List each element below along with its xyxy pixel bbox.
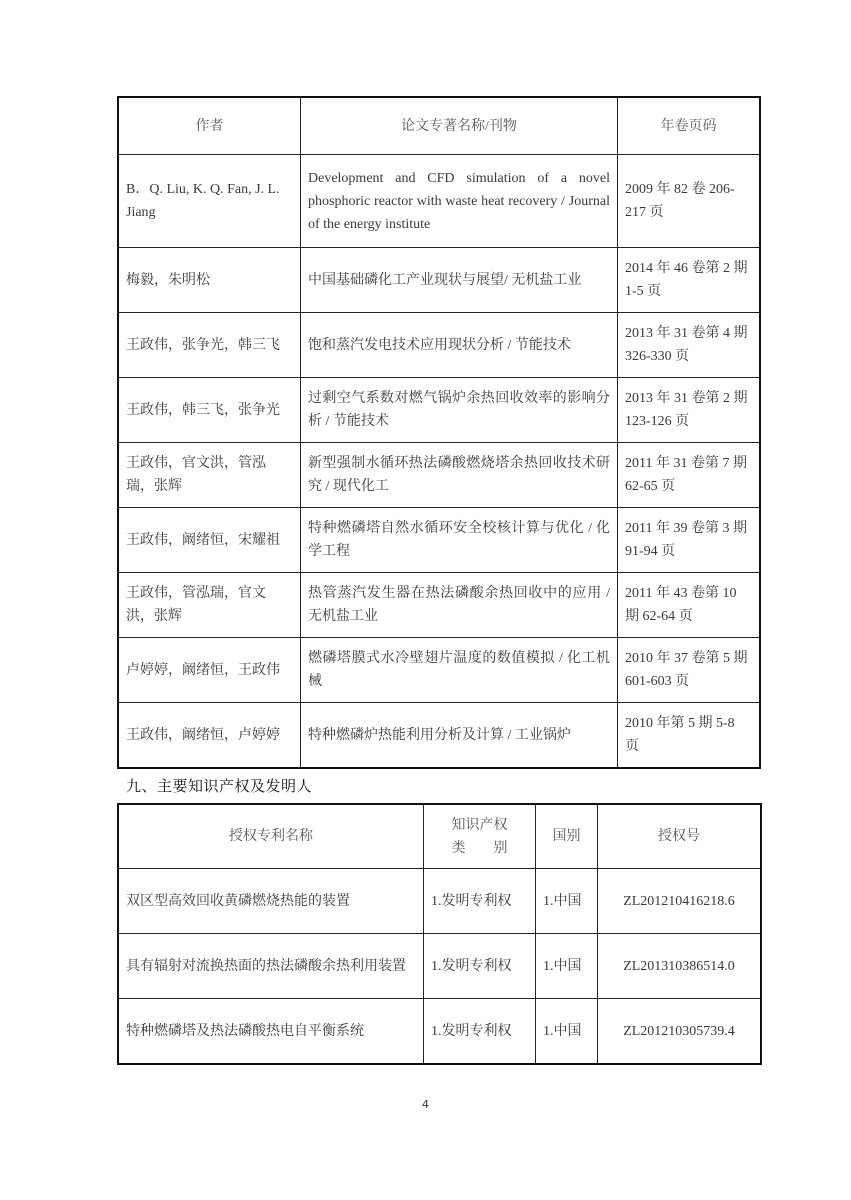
cell-ip-type: 1.发明专利权	[424, 869, 536, 934]
cell-author: 卢婷婷，阚绪恒，王政伟	[118, 638, 301, 703]
cell-volume: 2010 年 37 卷第 5 期 601-603 页	[618, 638, 761, 703]
cell-author: 王政伟，阚绪恒，卢婷婷	[118, 703, 301, 769]
table-row: 卢婷婷，阚绪恒，王政伟 燃磷塔膜式水冷壁翅片温度的数值模拟 / 化工机械 201…	[118, 638, 760, 703]
cell-author: 王政伟，韩三飞，张争光	[118, 378, 301, 443]
table-row: 王政伟，阚绪恒，宋耀祖 特种燃磷塔自然水循环安全校核计算与优化 / 化学工程 2…	[118, 508, 760, 573]
cell-author: 王政伟，阚绪恒，宋耀祖	[118, 508, 301, 573]
cell-title: 饱和蒸汽发电技术应用现状分析 / 节能技术	[301, 313, 618, 378]
cell-title: Development and CFD simulation of a nove…	[301, 155, 618, 248]
table-row: 特种燃磷塔及热法磷酸热电自平衡系统 1.发明专利权 1.中国 ZL2012103…	[118, 999, 761, 1065]
header-ip-type-line2: 类 别	[452, 838, 508, 860]
table-row: 王政伟，管泓瑞，官文洪，张辉 热管蒸汽发生器在热法磷酸余热回收中的应用 / 无机…	[118, 573, 760, 638]
cell-title: 特种燃磷塔自然水循环安全校核计算与优化 / 化学工程	[301, 508, 618, 573]
cell-title: 特种燃磷炉热能利用分析及计算 / 工业锅炉	[301, 703, 618, 769]
cell-ip-type: 1.发明专利权	[424, 999, 536, 1065]
section-heading: 九、主要知识产权及发明人	[126, 775, 312, 796]
cell-author: 王政伟，张争光，韩三飞	[118, 313, 301, 378]
header-title: 论文专著名称/刊物	[301, 97, 618, 155]
header-ip-type: 知识产权 类 别	[424, 804, 536, 869]
cell-title: 过剩空气系数对燃气锅炉余热回收效率的影响分析 / 节能技术	[301, 378, 618, 443]
table-row: 具有辐射对流换热面的热法磷酸余热利用装置 1.发明专利权 1.中国 ZL2013…	[118, 934, 761, 999]
cell-country: 1.中国	[536, 869, 598, 934]
table-row: B．Q. Liu, K. Q. Fan, J. L. Jiang Develop…	[118, 155, 760, 248]
patents-table: 授权专利名称 知识产权 类 别 国别 授权号 双区型高效回收黄磷燃烧热能的装置 …	[117, 803, 762, 1065]
cell-patent-number: ZL201310386514.0	[598, 934, 762, 999]
cell-patent-number: ZL201210305739.4	[598, 999, 762, 1065]
header-country: 国别	[536, 804, 598, 869]
publications-table: 作者 论文专著名称/刊物 年卷页码 B．Q. Liu, K. Q. Fan, J…	[117, 96, 761, 769]
table-row: 双区型高效回收黄磷燃烧热能的装置 1.发明专利权 1.中国 ZL20121041…	[118, 869, 761, 934]
cell-volume: 2011 年 31 卷第 7 期 62-65 页	[618, 443, 761, 508]
header-patent-number: 授权号	[598, 804, 762, 869]
cell-title: 燃磷塔膜式水冷壁翅片温度的数值模拟 / 化工机械	[301, 638, 618, 703]
cell-country: 1.中国	[536, 999, 598, 1065]
table-row: 梅毅，朱明松 中国基础磷化工产业现状与展望/ 无机盐工业 2014 年 46 卷…	[118, 248, 760, 313]
header-volume: 年卷页码	[618, 97, 761, 155]
cell-title: 新型强制水循环热法磷酸燃烧塔余热回收技术研究 / 现代化工	[301, 443, 618, 508]
table-row: 王政伟，张争光，韩三飞 饱和蒸汽发电技术应用现状分析 / 节能技术 2013 年…	[118, 313, 760, 378]
header-patent-name: 授权专利名称	[118, 804, 424, 869]
header-author: 作者	[118, 97, 301, 155]
cell-volume: 2009 年 82 卷 206-217 页	[618, 155, 761, 248]
table-header-row: 作者 论文专著名称/刊物 年卷页码	[118, 97, 760, 155]
header-ip-type-line1: 知识产权	[452, 815, 508, 837]
table-row: 王政伟，阚绪恒，卢婷婷 特种燃磷炉热能利用分析及计算 / 工业锅炉 2010 年…	[118, 703, 760, 769]
cell-volume: 2013 年 31 卷第 2 期 123-126 页	[618, 378, 761, 443]
cell-ip-type: 1.发明专利权	[424, 934, 536, 999]
page-number: 4	[0, 1098, 851, 1111]
cell-patent-name: 双区型高效回收黄磷燃烧热能的装置	[118, 869, 424, 934]
cell-patent-name: 特种燃磷塔及热法磷酸热电自平衡系统	[118, 999, 424, 1065]
table-row: 王政伟，韩三飞，张争光 过剩空气系数对燃气锅炉余热回收效率的影响分析 / 节能技…	[118, 378, 760, 443]
cell-country: 1.中国	[536, 934, 598, 999]
cell-author: B．Q. Liu, K. Q. Fan, J. L. Jiang	[118, 155, 301, 248]
table-header-row: 授权专利名称 知识产权 类 别 国别 授权号	[118, 804, 761, 869]
cell-volume: 2011 年 43 卷第 10 期 62-64 页	[618, 573, 761, 638]
cell-patent-number: ZL201210416218.6	[598, 869, 762, 934]
cell-volume: 2010 年第 5 期 5-8 页	[618, 703, 761, 769]
cell-volume: 2011 年 39 卷第 3 期 91-94 页	[618, 508, 761, 573]
cell-volume: 2013 年 31 卷第 4 期 326-330 页	[618, 313, 761, 378]
cell-patent-name: 具有辐射对流换热面的热法磷酸余热利用装置	[118, 934, 424, 999]
cell-title: 中国基础磷化工产业现状与展望/ 无机盐工业	[301, 248, 618, 313]
cell-volume: 2014 年 46 卷第 2 期 1-5 页	[618, 248, 761, 313]
cell-author: 梅毅，朱明松	[118, 248, 301, 313]
table-row: 王政伟，官文洪，管泓瑞，张辉 新型强制水循环热法磷酸燃烧塔余热回收技术研究 / …	[118, 443, 760, 508]
cell-author: 王政伟，官文洪，管泓瑞，张辉	[118, 443, 301, 508]
cell-author: 王政伟，管泓瑞，官文洪，张辉	[118, 573, 301, 638]
cell-title: 热管蒸汽发生器在热法磷酸余热回收中的应用 / 无机盐工业	[301, 573, 618, 638]
